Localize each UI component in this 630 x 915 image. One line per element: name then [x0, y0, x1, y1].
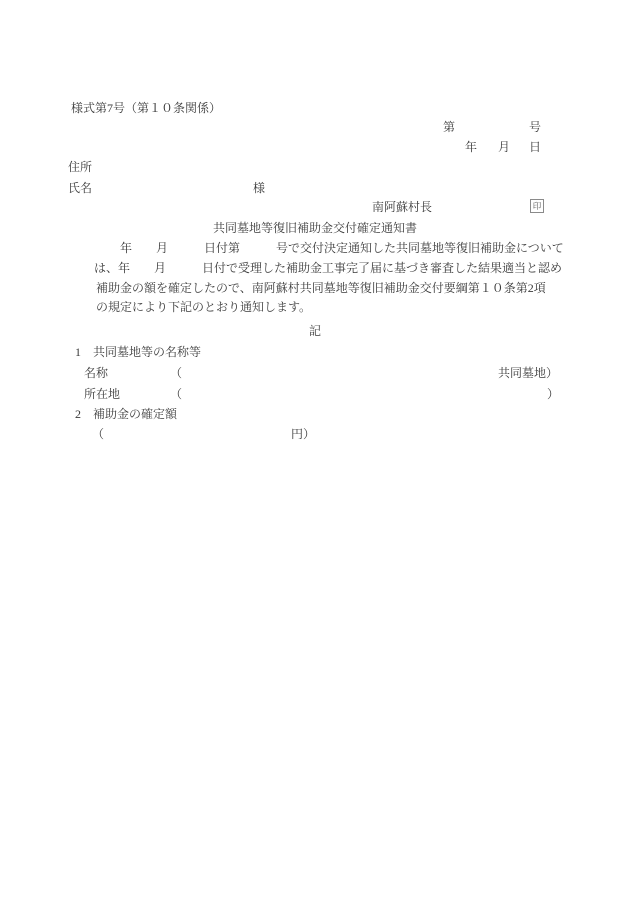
field-name-paren-open: （	[170, 366, 182, 380]
doc-number-prefix: 第	[443, 120, 455, 134]
document-title: 共同墓地等復旧補助金交付確定通知書	[0, 221, 630, 235]
doc-number-suffix: 号	[529, 120, 541, 134]
seal-mark-icon: 印	[530, 199, 544, 213]
field-name-paren-close: 共同墓地）	[498, 366, 558, 380]
date-day-label: 日	[529, 140, 541, 154]
body-line-3: 補助金の額を確定したので、南阿蘇村共同墓地等復旧補助金交付要綱第１０条第2項	[96, 281, 546, 295]
body-line-1: 年 月 日付第 号で交付決定通知した共同墓地等復旧補助金について	[120, 241, 564, 255]
field-location-label: 所在地	[84, 387, 120, 401]
recipient-address-label: 住所	[68, 160, 92, 174]
field-name-label: 名称	[84, 366, 108, 380]
date-year-label: 年	[465, 140, 477, 154]
field-location-paren-close: ）	[547, 387, 559, 401]
recipient-honorific: 様	[253, 181, 265, 195]
section2-heading: 2 補助金の確定額	[75, 407, 177, 421]
recipient-name-label: 氏名	[68, 181, 92, 195]
issuer-title: 南阿蘇村長	[372, 200, 432, 214]
body-line-4: の規定により下記のとおり通知します。	[96, 300, 311, 314]
field-location-paren-open: （	[170, 387, 182, 401]
field-amount-paren-close: 円）	[291, 427, 315, 441]
body-line-2: は、年 月 日付で受理した補助金工事完了届に基づき審査した結果適当と認め	[94, 261, 562, 275]
form-number-label: 様式第7号（第１０条関係）	[71, 101, 221, 115]
field-amount-paren-open: （	[92, 427, 104, 441]
date-month-label: 月	[498, 140, 510, 154]
section1-heading: 1 共同墓地等の名称等	[75, 345, 201, 359]
grant-determination-notice-page: 様式第7号（第１０条関係） 第 号 年 月 日 住所 氏名 様 南阿蘇村長 印 …	[0, 0, 630, 915]
record-marker: 記	[0, 324, 630, 338]
